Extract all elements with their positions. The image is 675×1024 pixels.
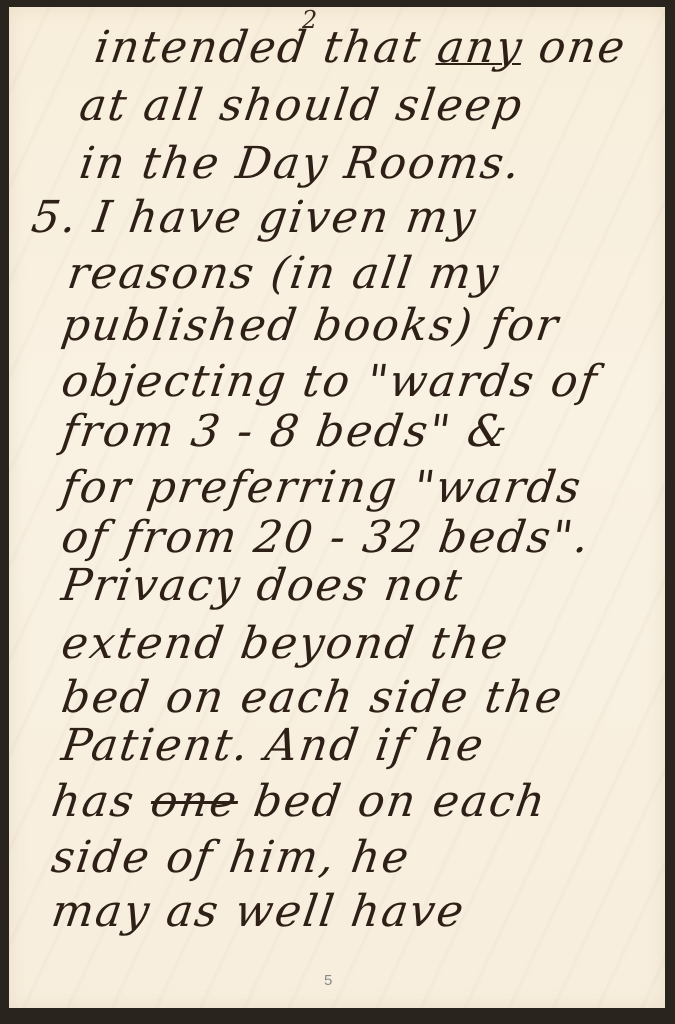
struck-word: one	[148, 776, 242, 827]
manuscript-line-3: in the Day Rooms.	[76, 138, 524, 189]
manuscript-line-2: at all should sleep	[76, 80, 526, 131]
line-text: bed on each	[234, 776, 550, 827]
line-text: one	[520, 22, 630, 73]
manuscript-line-17: may as well have	[48, 886, 468, 937]
line-text: has	[48, 776, 154, 827]
manuscript-line-15: has one bed on each	[48, 776, 550, 827]
manuscript-line-8: from 3 - 8 beds" &	[58, 406, 512, 457]
manuscript-line-14: Patient. And if he	[58, 720, 488, 771]
underlined-word: any	[434, 22, 527, 73]
manuscript-line-6: published books) for	[58, 300, 562, 351]
manuscript-line-9: for preferring "wards	[58, 462, 585, 513]
line-text: intended that	[91, 22, 441, 73]
pencil-folio-mark: 5	[324, 972, 332, 989]
manuscript-line-7: objecting to "wards of	[58, 356, 601, 407]
manuscript-line-4: 5. I have given my	[28, 192, 480, 243]
manuscript-line-12: extend beyond the	[58, 618, 512, 669]
manuscript-line-16: side of him, he	[48, 832, 413, 883]
manuscript-line-10: of from 20 - 32 beds".	[58, 512, 593, 563]
manuscript-line-1: intended that any one	[91, 22, 629, 73]
manuscript-line-5: reasons (in all my	[64, 248, 503, 299]
manuscript-line-13: bed on each side the	[58, 672, 566, 723]
manuscript-line-11: Privacy does not	[58, 560, 466, 611]
